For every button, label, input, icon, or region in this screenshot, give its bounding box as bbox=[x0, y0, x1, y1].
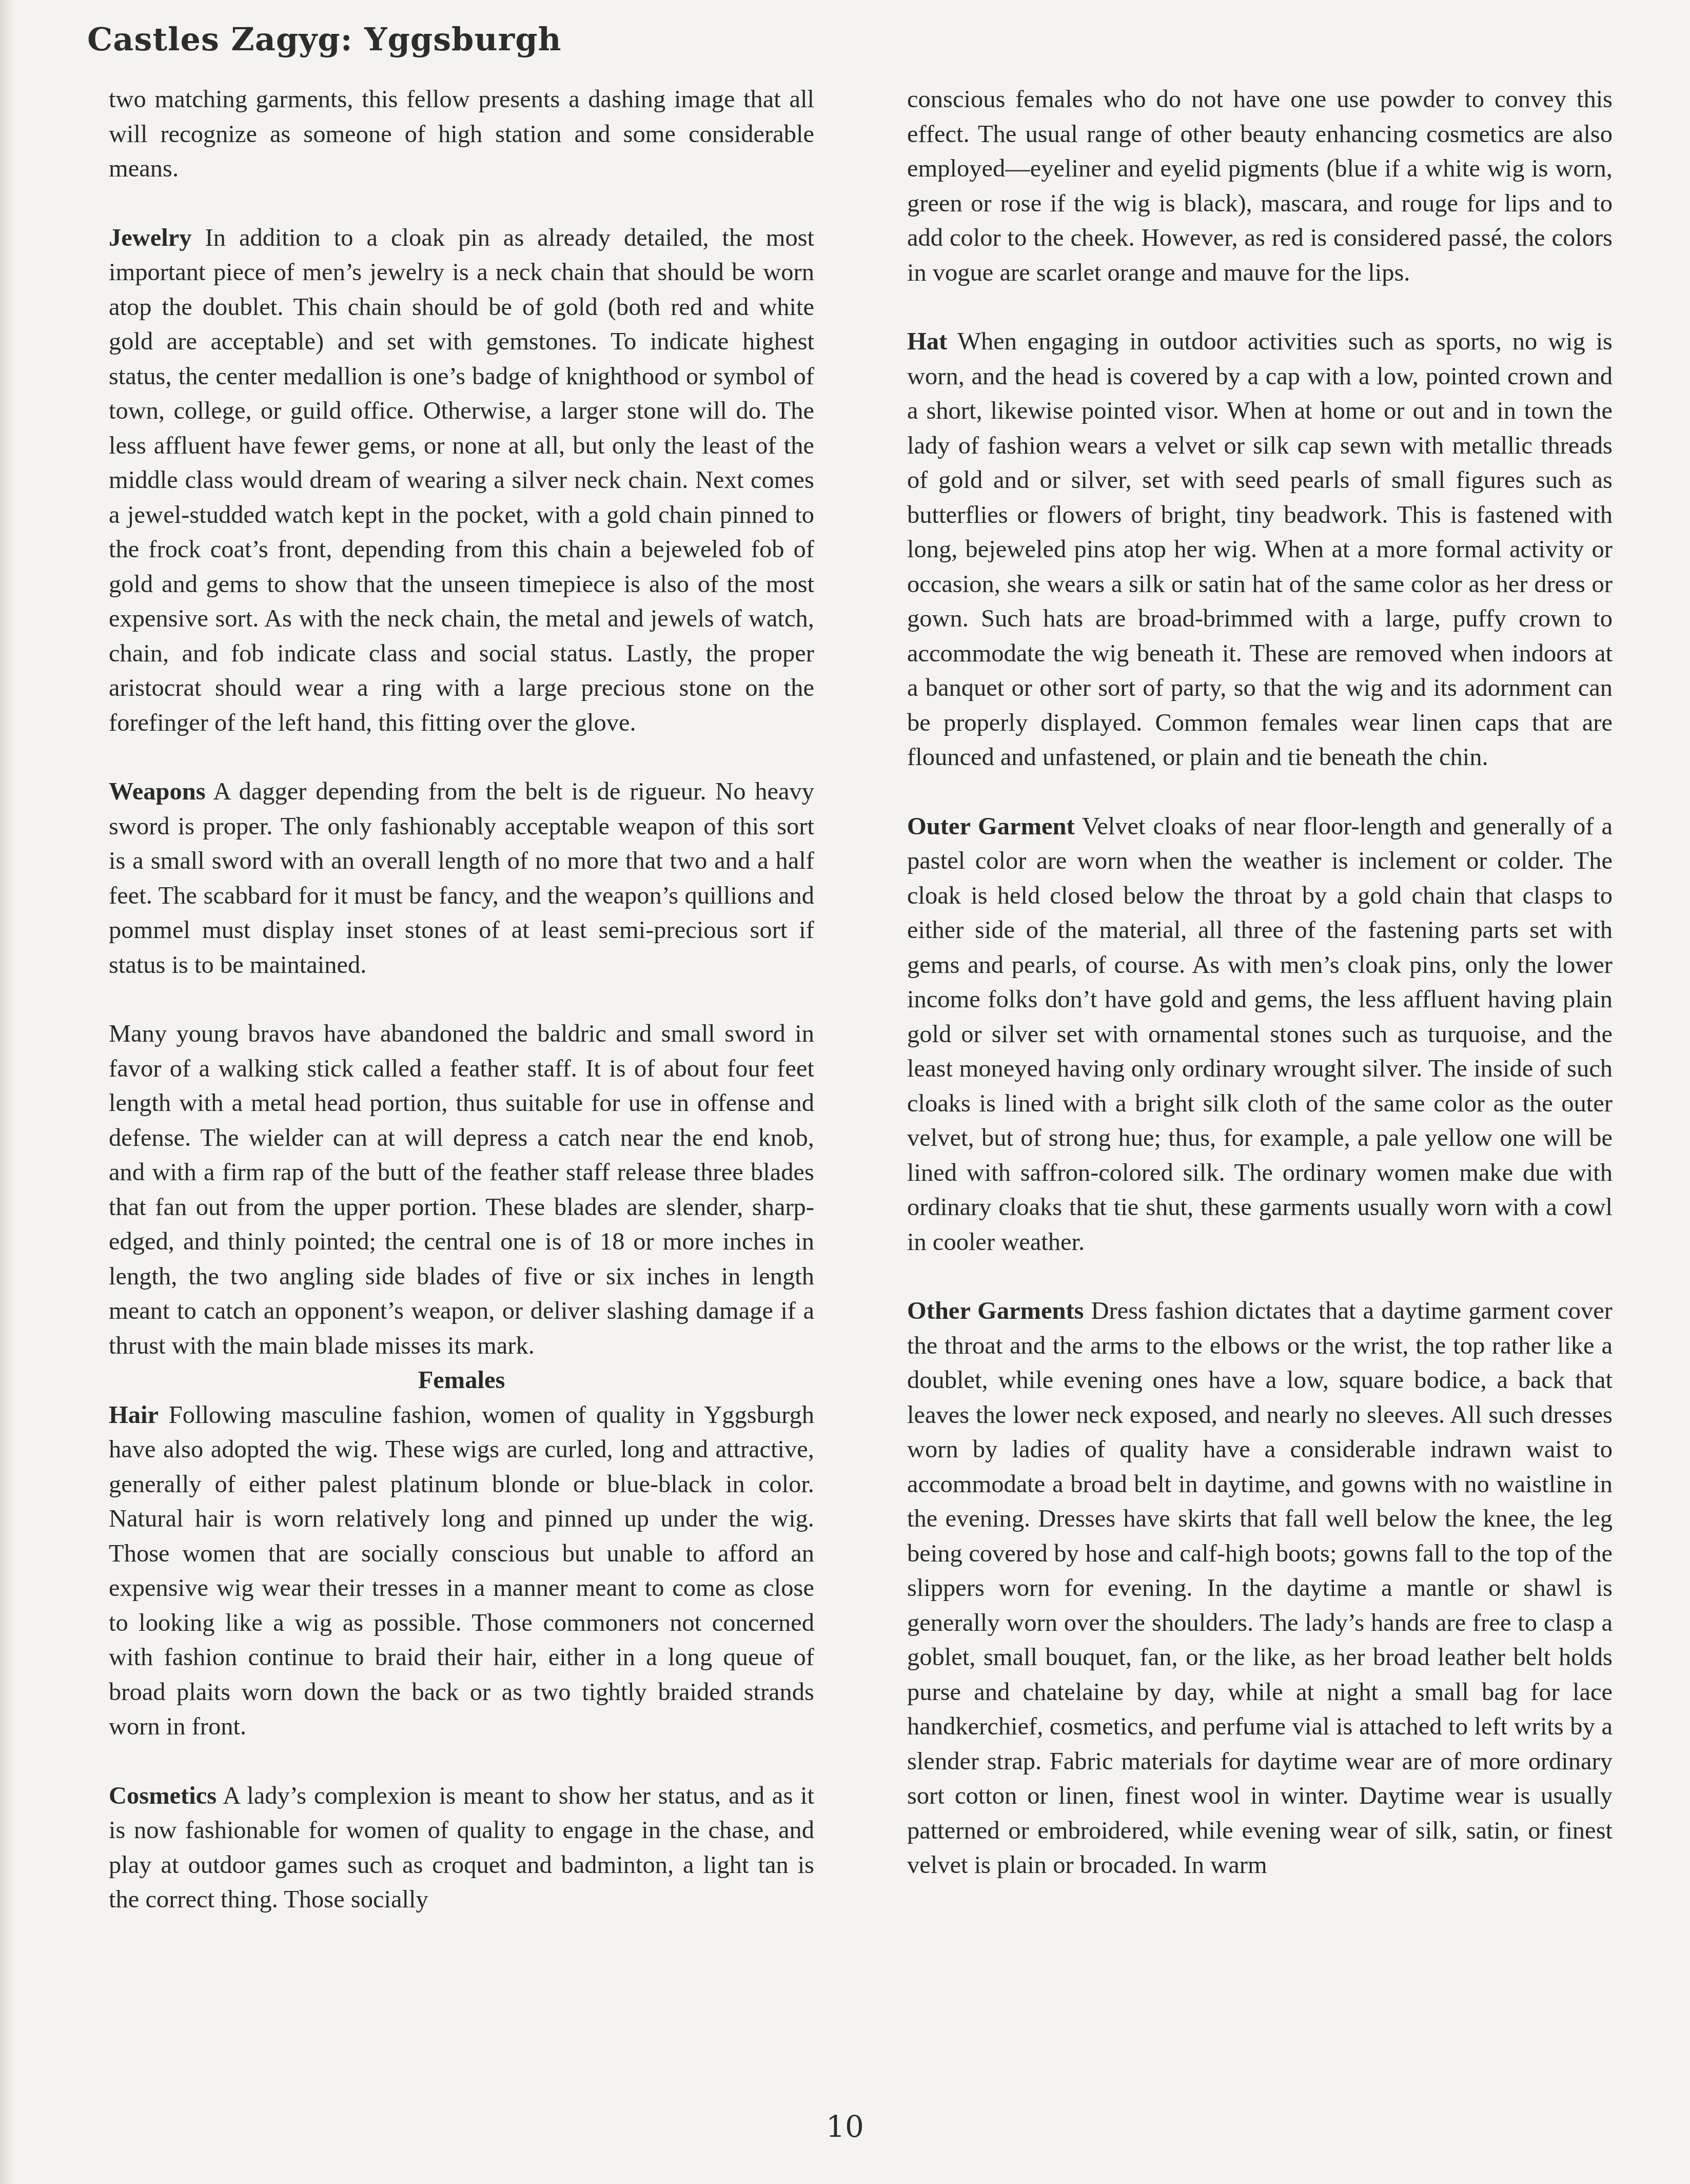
paragraph-hair: Hair Following masculine fashion, women … bbox=[109, 1398, 814, 1744]
page-binding-edge bbox=[0, 0, 15, 2184]
left-column: two matching garments, this fellow prese… bbox=[109, 82, 814, 1952]
section-heading-females: Females bbox=[109, 1363, 814, 1398]
paragraph-weapons: Weapons A dagger depending from the belt… bbox=[109, 774, 814, 982]
text-hair: Following masculine fashion, women of qu… bbox=[109, 1401, 814, 1741]
text-outer-garment: Velvet cloaks of near floor-length and g… bbox=[907, 813, 1613, 1256]
paragraph-feather-staff: Many young bravos have abandoned the bal… bbox=[109, 1017, 814, 1363]
paragraph-intro: two matching garments, this fellow prese… bbox=[109, 82, 814, 186]
paragraph-cosmetics-continued: conscious females who do not have one us… bbox=[907, 82, 1613, 290]
page-number: 10 bbox=[0, 2109, 1690, 2144]
lead-cosmetics: Cosmetics bbox=[109, 1782, 217, 1809]
lead-outer-garment: Outer Garment bbox=[907, 813, 1075, 840]
paragraph-other-garments: Other Garments Dress fashion dictates th… bbox=[907, 1294, 1613, 1883]
lead-weapons: Weapons bbox=[109, 778, 206, 805]
text-other-garments: Dress fashion dictates that a daytime ga… bbox=[907, 1297, 1613, 1879]
lead-other-garments: Other Garments bbox=[907, 1297, 1084, 1324]
paragraph-hat: Hat When engaging in outdoor activities … bbox=[907, 324, 1613, 775]
lead-jewelry: Jewelry bbox=[109, 224, 192, 251]
paragraph-jewelry: Jewelry In addition to a cloak pin as al… bbox=[109, 221, 814, 740]
lead-hat: Hat bbox=[907, 328, 947, 355]
right-column: conscious females who do not have one us… bbox=[907, 82, 1613, 1917]
paragraph-cosmetics: Cosmetics A lady’s complexion is meant t… bbox=[109, 1779, 814, 1917]
text-jewelry: In addition to a cloak pin as already de… bbox=[109, 224, 814, 736]
lead-hair: Hair bbox=[109, 1401, 159, 1429]
paragraph-outer-garment: Outer Garment Velvet cloaks of near floo… bbox=[907, 809, 1613, 1260]
text-hat: When engaging in outdoor activities such… bbox=[907, 328, 1613, 771]
text-weapons: A dagger depending from the belt is de r… bbox=[109, 778, 814, 979]
running-header: Castles Zagyg: Yggsburgh bbox=[87, 21, 562, 58]
